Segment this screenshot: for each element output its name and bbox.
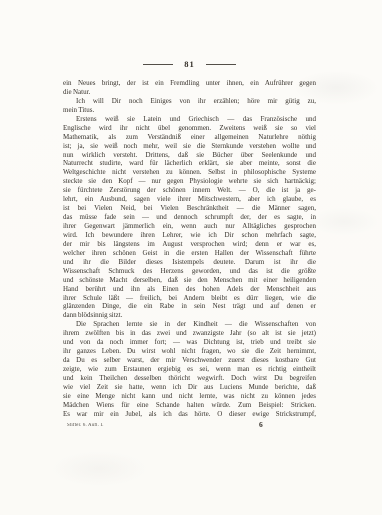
text-line: glänzenden Dinge, die ein Rabe in sein N… xyxy=(63,302,316,311)
page-footer: Stifter. 6. Aufl. I. 6 xyxy=(63,420,316,432)
text-line: die Natur. xyxy=(63,88,316,97)
text-line: wird. Ich bewundere ihren Lehrer, wie ic… xyxy=(63,231,316,240)
text-line: Ich will Dir noch Einiges von ihr erzähl… xyxy=(63,97,316,106)
text-line: und von da noch immer fort; — was Dichtu… xyxy=(63,338,316,347)
text-line: und ihr die Bilder dieses Isistempels de… xyxy=(63,258,316,267)
text-line: welcher ihren schönen Geist in die erste… xyxy=(63,249,316,258)
text-line: Weltgeschichte nicht verstehen zu können… xyxy=(63,168,316,177)
text-line: der mir bis längstens im August versproc… xyxy=(63,240,316,249)
text-line: Wissenschaft Schmuck des Herzens geworde… xyxy=(63,267,316,276)
book-page: 81 ein Neues bringt, der ist ein Fremdli… xyxy=(0,0,382,515)
text-line: dann blödsinnig sitzt. xyxy=(63,311,316,320)
text-block: ein Neues bringt, der ist ein Fremdling … xyxy=(63,79,316,419)
text-line: ist bei Vielen Neid, bei Vielen Beschrän… xyxy=(63,204,316,213)
text-line: mein Titus. xyxy=(63,106,316,115)
page-number: 81 xyxy=(184,59,195,69)
text-line: Erstens weiß sie Latein und Griechisch —… xyxy=(63,115,316,124)
text-line: Hand berührt und ihn als Einen des hohen… xyxy=(63,285,316,294)
sheet-signature: 6 xyxy=(259,420,263,429)
text-line: und schönste Macht derselben, daß sie de… xyxy=(63,276,316,285)
text-line: zeigte, wie zum Erstaunen ergiebig es se… xyxy=(63,365,316,374)
text-line: Englische wird ihr nicht übel genommen. … xyxy=(63,124,316,133)
running-head: 81 xyxy=(63,59,316,69)
header-rule-right xyxy=(206,64,236,65)
text-line: lehrt, ein Ausbund, sagen viele ihrer Mi… xyxy=(63,195,316,204)
text-line: Es war mir ein Jubel, als ich das hörte.… xyxy=(63,410,316,419)
text-line: ihrer Gegenwart jämmerlich ein, wenn auc… xyxy=(63,222,316,231)
text-line: und kein Theilchen desselben thöricht we… xyxy=(63,374,316,383)
printer-signature: Stifter. 6. Aufl. I. xyxy=(67,423,104,428)
text-line: ihrem zwölften bis in das zwei und zwanz… xyxy=(63,329,316,338)
text-line: sie eine Menge nicht kann und nicht lern… xyxy=(63,392,316,401)
text-line: ein Neues bringt, der ist ein Fremdling … xyxy=(63,79,316,88)
header-rule-left xyxy=(143,64,173,65)
text-line: das müsse fade sein — und dennoch schrum… xyxy=(63,213,316,222)
text-line: nun wirklich versteht. Drittens, daß sie… xyxy=(63,151,316,160)
text-line: ist; ja, sie weiß noch mehr, weil sie di… xyxy=(63,142,316,151)
text-line: Mädchen Wiens für eine Schande halten wü… xyxy=(63,401,316,410)
text-line: Die Sprachen lernte sie in der Kindheit … xyxy=(63,320,316,329)
text-line: da Du es selber warst, der mir Verschwen… xyxy=(63,356,316,365)
text-line: Naturrecht studirte, ward für lächerlich… xyxy=(63,159,316,168)
text-line: wie viel Zeit sie hatte, wenn ich Dir au… xyxy=(63,383,316,392)
text-line: Mathematik, als zum Verständniß einer al… xyxy=(63,133,316,142)
text-line: ihr ganzes Leben. Du wirst wohl nicht fr… xyxy=(63,347,316,356)
text-line: ihrer Schule läßt — freilich, bei Andern… xyxy=(63,294,316,303)
text-line: sie fürchtete Zerstörung der schönen inn… xyxy=(63,186,316,195)
text-line: steckte sie den Kopf — nur gegen Physiol… xyxy=(63,177,316,186)
